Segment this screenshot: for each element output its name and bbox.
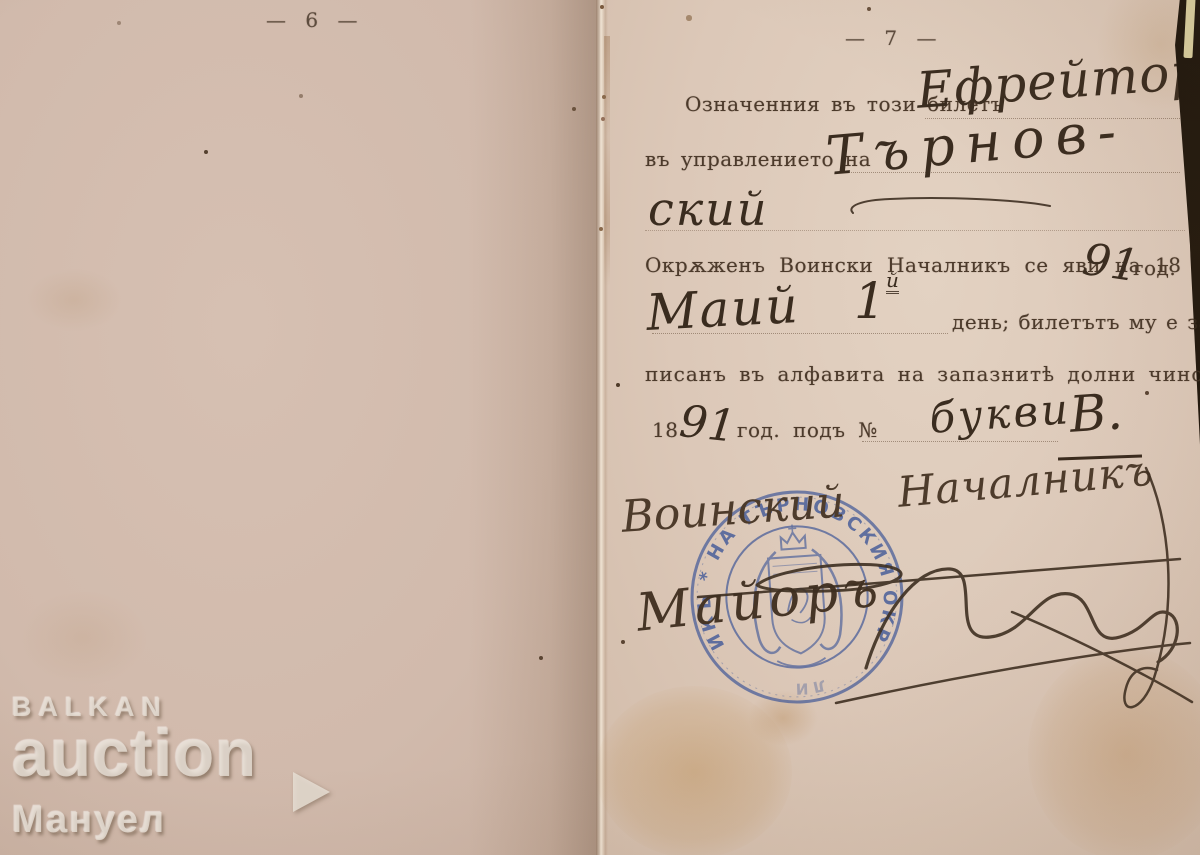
printed-line-7-mid: год. подъ № (737, 418, 878, 442)
page-number-6: — 6 — (252, 8, 372, 32)
page-edge-stain (604, 36, 610, 286)
spine-shadow (468, 0, 600, 855)
printed-line-7-prefix: 18 (652, 418, 678, 442)
svg-text:ЛИ: ЛИ (791, 676, 828, 699)
printed-line-5: день; билетътъ му е за- (952, 310, 1200, 334)
handwritten-letters-word: букви (928, 388, 1072, 440)
handwritten-letter-value: В. (1068, 386, 1124, 440)
handwritten-day-suffix: й (886, 270, 899, 294)
page-number-7: — 7 — (845, 26, 937, 50)
handwritten-month: Маий (645, 280, 801, 338)
handwritten-town-entry-2: ский (648, 186, 768, 232)
handwritten-year: 91 (1080, 238, 1142, 289)
stamp-ring-text-bottom: ЛИ (791, 676, 828, 699)
ink-specks (0, 0, 2, 2)
handwritten-year-2: 91 (677, 400, 737, 450)
handwritten-day: 1 (854, 276, 886, 326)
document-photo: — 6 — — 7 — Означенния въ този билетъ въ… (0, 0, 1200, 855)
